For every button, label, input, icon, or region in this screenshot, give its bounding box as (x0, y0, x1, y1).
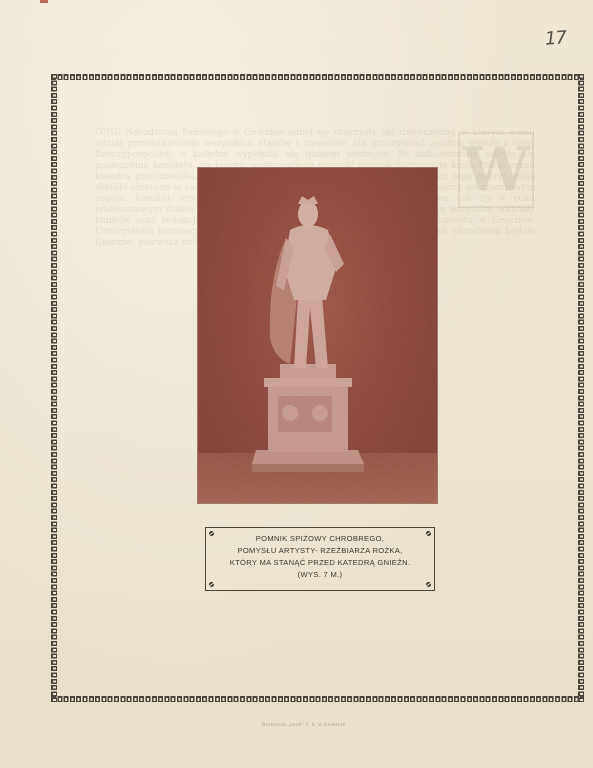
statue-figure (198, 168, 437, 503)
caption-line-2: POMYSŁU ARTYSTY- RZEŹBIARZA ROŻKA, (206, 545, 434, 557)
screw-icon (209, 531, 214, 536)
caption-line-4: (WYS. 7 M.) (206, 569, 434, 581)
printer-mark: Drukarnia „Lech" T. A. w Gnieźnie (262, 722, 345, 727)
border-bottom (51, 696, 584, 702)
screw-icon (209, 582, 214, 587)
statue-photograph (198, 168, 437, 503)
caption-line-3: KTÓRY MA STANĄĆ PRZED KATEDRĄ GNIEŹN. (206, 557, 434, 569)
screw-icon (426, 582, 431, 587)
border-right (578, 74, 584, 702)
screw-icon (426, 531, 431, 536)
border-top (51, 74, 584, 80)
border-left (51, 74, 57, 702)
tear-mark (40, 0, 48, 3)
caption-plate: POMNIK SPIŻOWY CHROBREGO, POMYSŁU ARTYST… (205, 527, 435, 591)
caption-line-1: POMNIK SPIŻOWY CHROBREGO, (206, 533, 434, 545)
page-number: 17 (544, 27, 566, 49)
